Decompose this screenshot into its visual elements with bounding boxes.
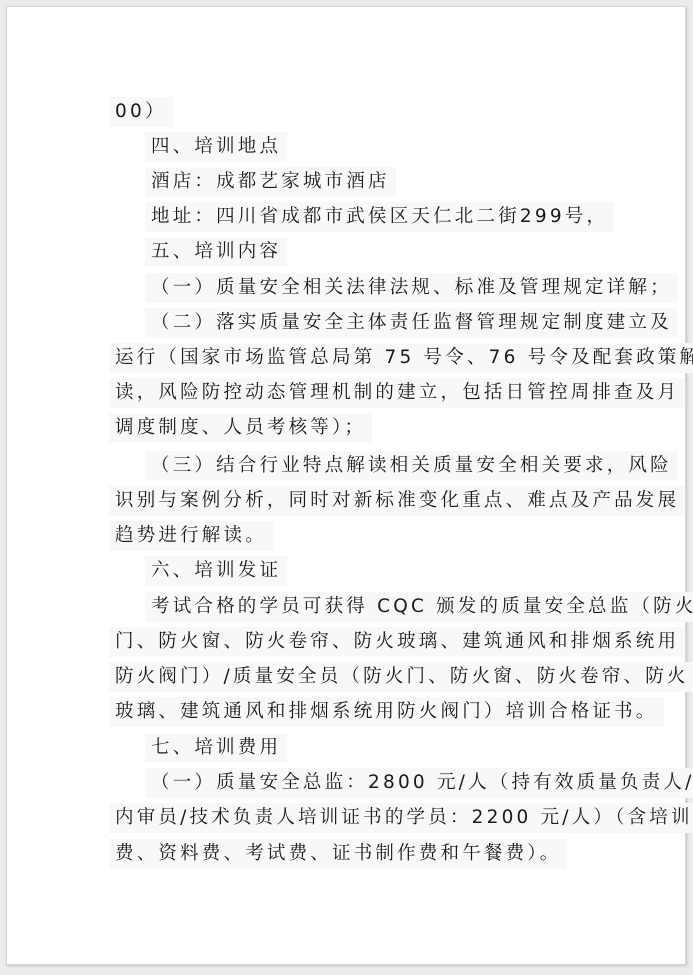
content-item-2-line-3: 读，风险防控动态管理机制的建立，包括日管控周排查及月 bbox=[109, 378, 685, 408]
section-heading-training-content: 五、培训内容 bbox=[145, 237, 287, 267]
section-heading-certification: 六、培训发证 bbox=[145, 556, 287, 586]
content-item-3-line-3: 趋势进行解读。 bbox=[109, 521, 273, 551]
content-item-2-line-1: （二）落实质量安全主体责任监督管理规定制度建立及 bbox=[145, 308, 678, 338]
content-item-1: （一）质量安全相关法律法规、标准及管理规定详解； bbox=[145, 273, 678, 303]
section-heading-training-fees: 七、培训费用 bbox=[145, 733, 287, 763]
text-line-continuation: 00） bbox=[109, 97, 173, 127]
content-item-3-line-1: （三）结合行业特点解读相关质量安全相关要求，风险 bbox=[145, 451, 678, 481]
content-item-3-line-2: 识别与案例分析，同时对新标准变化重点、难点及产品发展 bbox=[109, 486, 685, 516]
fee-item-1-line-1: （一）质量安全总监：2800 元/人（持有效质量负责人/ bbox=[145, 768, 693, 798]
certification-line-2: 门、防火窗、防火卷帘、防火玻璃、建筑通风和排烟系统用 bbox=[109, 627, 685, 657]
section-heading-training-location: 四、培训地点 bbox=[145, 132, 287, 162]
fee-item-1-line-3: 费、资料费、考试费、证书制作费和午餐费）。 bbox=[109, 839, 567, 869]
address-line: 地址：四川省成都市武侯区天仁北二街299号， bbox=[145, 202, 614, 232]
certification-line-4: 玻璃、建筑通风和排烟系统用防火阀门）培训合格证书。 bbox=[109, 697, 664, 727]
certification-line-1: 考试合格的学员可获得 CQC 颁发的质量安全总监（防火 bbox=[145, 592, 693, 622]
document-page: 00） 四、培训地点 酒店：成都艺家城市酒店 地址：四川省成都市武侯区天仁北二街… bbox=[6, 6, 686, 965]
content-item-2-line-2: 运行（国家市场监管总局第 75 号令、76 号令及配套政策解 bbox=[109, 343, 693, 373]
hotel-name-line: 酒店：成都艺家城市酒店 bbox=[145, 167, 396, 197]
fee-item-1-line-2: 内审员/技术负责人培训证书的学员：2200 元/人）（含培训 bbox=[109, 803, 693, 833]
content-item-2-line-4: 调度制度、人员考核等）； bbox=[109, 413, 372, 443]
certification-line-3: 防火阀门）/质量安全员（防火门、防火窗、防火卷帘、防火 bbox=[109, 662, 693, 692]
